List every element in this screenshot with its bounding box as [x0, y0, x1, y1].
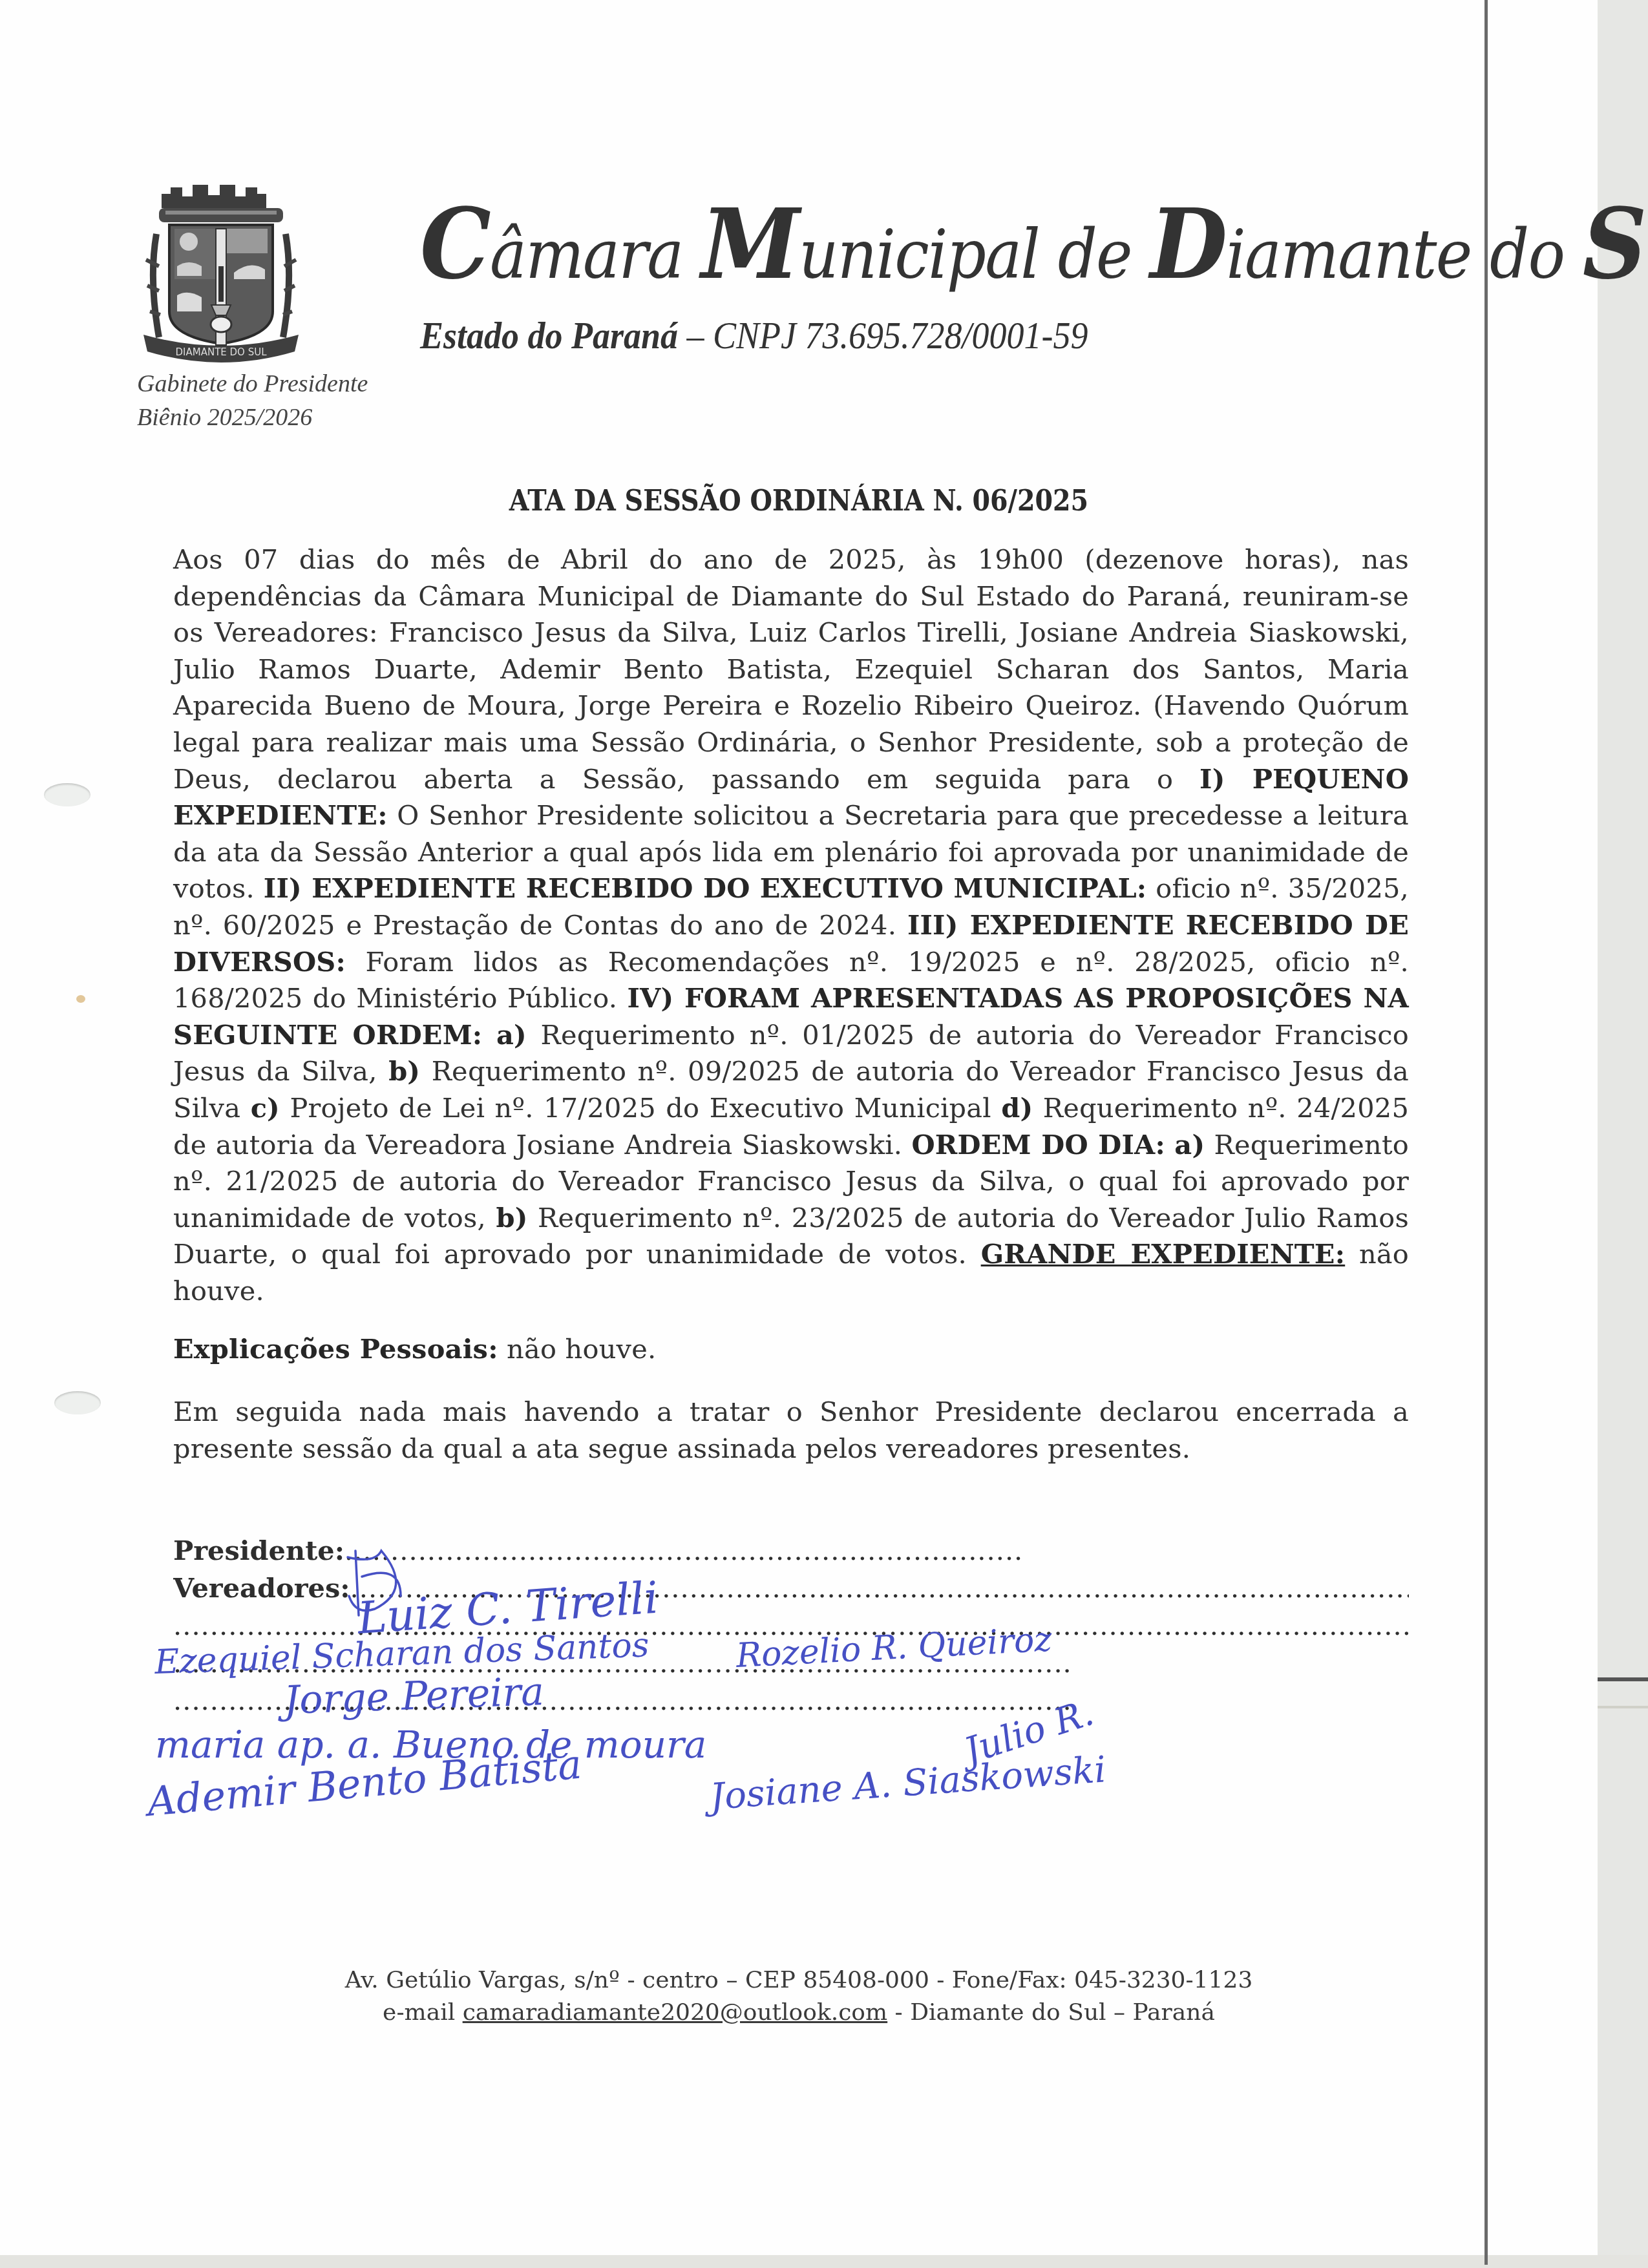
- svg-text:DIAMANTE DO SUL: DIAMANTE DO SUL: [175, 346, 267, 358]
- cnpj: – CNPJ 73.695.728/0001-59: [687, 314, 1088, 357]
- term-label: Biênio 2025/2026: [137, 401, 368, 434]
- footer-contact: e-mail camaradiamante2020@outlook.com - …: [0, 1997, 1598, 2029]
- footer: Av. Getúlio Vargas, s/nº - centro – CEP …: [0, 1964, 1598, 2029]
- scanner-edge-shadow: [1598, 0, 1648, 2268]
- svg-text:Jorge Pereira: Jorge Pereira: [276, 1669, 545, 1723]
- minutes-body: Aos 07 dias do mês de Abril do ano de 20…: [173, 541, 1409, 1467]
- email-link[interactable]: camaradiamante2020@outlook.com: [463, 1999, 888, 2026]
- closing-paragraph: Em seguida nada mais havendo a tratar o …: [173, 1394, 1409, 1467]
- office-label: Gabinete do Presidente: [137, 367, 368, 401]
- state-label: Estado do Paraná: [420, 314, 678, 357]
- page-fold-line: [1484, 0, 1488, 2265]
- punch-hole-icon: [44, 783, 90, 806]
- minutes-main-paragraph: Aos 07 dias do mês de Abril do ano de 20…: [173, 541, 1409, 1309]
- paper-speck: [76, 995, 85, 1003]
- footer-address: Av. Getúlio Vargas, s/nº - centro – CEP …: [0, 1964, 1598, 1997]
- punch-hole-icon: [54, 1391, 101, 1414]
- office-block: Gabinete do Presidente Biênio 2025/2026: [137, 367, 368, 434]
- svg-text:Josiane A. Siaskowski: Josiane A. Siaskowski: [702, 1748, 1107, 1818]
- handwritten-signatures: Luiz C. Tirelli Ezequiel Scharan dos San…: [142, 1538, 1280, 1835]
- page-title: ATA DA SESSÃO ORDINÁRIA N. 06/2025: [0, 485, 1598, 518]
- svg-text:Rozelio R. Queiroz: Rozelio R. Queiroz: [735, 1620, 1053, 1675]
- personal-explanations: Explicações Pessoais: não houve.: [173, 1331, 1409, 1368]
- scanner-bottom-edge: [0, 2255, 1648, 2268]
- institution-title: Câmara Municipal de Diamante do Sul: [420, 187, 1648, 301]
- state-and-cnpj: Estado do Paraná – CNPJ 73.695.728/0001-…: [420, 313, 1088, 358]
- coat-of-arms-icon: DIAMANTE DO SUL: [137, 182, 305, 370]
